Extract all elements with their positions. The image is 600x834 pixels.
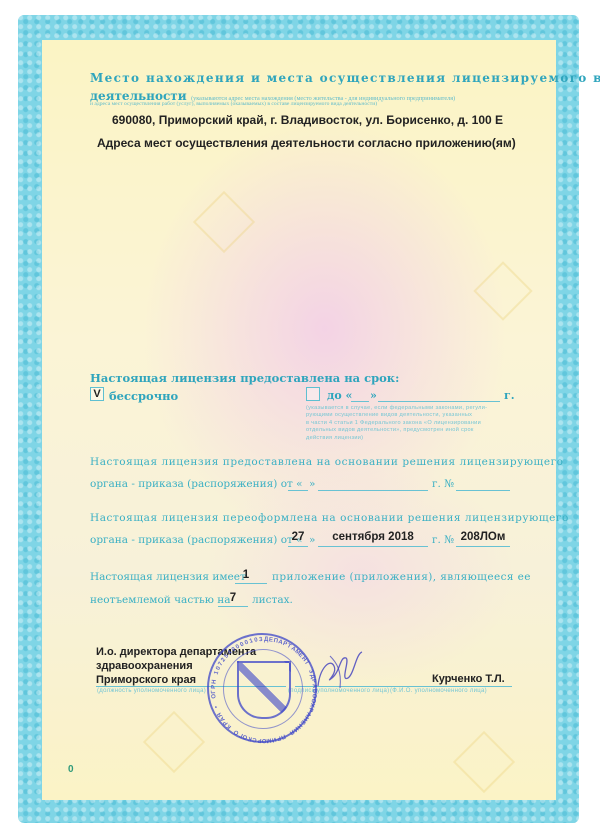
serial-mark: 0 — [68, 764, 74, 775]
granted-number-field[interactable] — [456, 490, 510, 491]
seal-text: ДЕПАРТАМЕНТ ЗДРАВООХРАНЕНИЯ ПРИМОРСКОГО … — [209, 635, 319, 745]
granted-date-field[interactable] — [318, 490, 428, 491]
term-heading: Настоящая лицензия предоставлена на срок… — [90, 371, 399, 385]
address: 690080, Приморский край, г. Владивосток,… — [112, 113, 503, 127]
seal-letter: С — [252, 736, 257, 743]
seal-letter: Г — [211, 690, 217, 694]
watermark-diamond — [193, 191, 255, 253]
until-quote-close: » — [370, 389, 377, 402]
until-note-line: рующими осуществление видов деятельности… — [306, 412, 487, 419]
indefinite-checkbox[interactable]: V — [90, 387, 104, 401]
indefinite-label: бессрочно — [109, 389, 178, 403]
check-mark-icon: V — [93, 389, 100, 400]
reissued-date-field[interactable] — [318, 546, 428, 547]
addresses-note: Адреса мест осуществления деятельности с… — [97, 136, 516, 150]
handwritten-signature-icon — [310, 648, 370, 693]
position-caption: (должность уполномоченного лица) — [97, 688, 206, 695]
seal-letter: О — [211, 693, 218, 699]
granted-quote-close: » — [309, 478, 315, 490]
granted-basis-prefix: органа - приказа (распоряжения) от « — [90, 478, 303, 490]
granted-day-field[interactable] — [288, 490, 308, 491]
appendix-suffix: приложение (приложения), являющееся ее — [272, 571, 531, 583]
until-year-suffix: г. — [504, 389, 515, 402]
until-note-line: отдельных видов деятельности», предусмот… — [306, 427, 487, 434]
reissued-number-field[interactable] — [456, 546, 510, 547]
appendix-count: 1 — [235, 569, 257, 581]
until-checkbox[interactable] — [306, 387, 320, 401]
reissued-basis-line1: Настоящая лицензия переоформлена на осно… — [90, 512, 569, 524]
until-note-line: (указывается в случае, если федеральными… — [306, 405, 487, 412]
until-note: (указывается в случае, если федеральными… — [306, 405, 487, 442]
seal-letter: 1 — [249, 638, 254, 645]
sheets-count-field[interactable] — [218, 606, 248, 607]
signatory-name: Курченко Т.Л. — [432, 673, 505, 685]
reissued-year-suffix: г. № — [432, 534, 454, 546]
seal-letter: 1 — [214, 670, 221, 675]
granted-year-suffix: г. № — [432, 478, 454, 490]
reissued-number: 208ЛОм — [456, 531, 510, 543]
sheets-suffix: листах. — [252, 594, 293, 606]
seal-letter: • — [214, 705, 220, 709]
until-day-field[interactable] — [351, 401, 369, 402]
official-seal: ДЕПАРТАМЕНТ ЗДРАВООХРАНЕНИЯ ПРИМОРСКОГО … — [207, 633, 317, 743]
appendix-count-field[interactable] — [235, 583, 267, 584]
until-date-field[interactable] — [378, 401, 500, 402]
seal-letter: Р — [211, 685, 217, 689]
until-note-line: действия лицензии) — [306, 435, 487, 442]
reissued-quote-close: » — [309, 534, 315, 546]
reissued-day: 27 — [288, 531, 308, 543]
sheets-prefix: неотъемлемой частью на — [90, 594, 230, 606]
seal-letter: М — [266, 737, 272, 744]
watermark-diamond — [143, 711, 205, 773]
location-note-line3: и адреса мест осуществления работ (услуг… — [90, 101, 377, 107]
until-label: до « — [327, 389, 352, 402]
seal-letter: 0 — [254, 637, 258, 644]
reissued-basis-prefix: органа - приказа (распоряжения) от « — [90, 534, 303, 546]
appendix-prefix: Настоящая лицензия имеет — [90, 571, 246, 583]
name-line-rule — [372, 686, 512, 687]
seal-letter: О — [262, 737, 267, 743]
name-caption: (Ф.И.О. уполномоченного лица) — [390, 688, 487, 695]
seal-letter: Р — [257, 737, 261, 743]
seal-letter: 3 — [259, 637, 263, 643]
reissued-month-year: сентября 2018 — [318, 531, 428, 543]
sheets-count: 7 — [218, 592, 248, 604]
watermark-diamond — [453, 731, 515, 793]
seal-letter: Н — [211, 679, 217, 684]
reissued-day-field[interactable] — [288, 546, 308, 547]
granted-basis-line1: Настоящая лицензия предоставлена на осно… — [90, 456, 564, 468]
location-heading: Место нахождения и места осуществления л… — [90, 71, 600, 85]
watermark-diamond — [473, 261, 532, 320]
